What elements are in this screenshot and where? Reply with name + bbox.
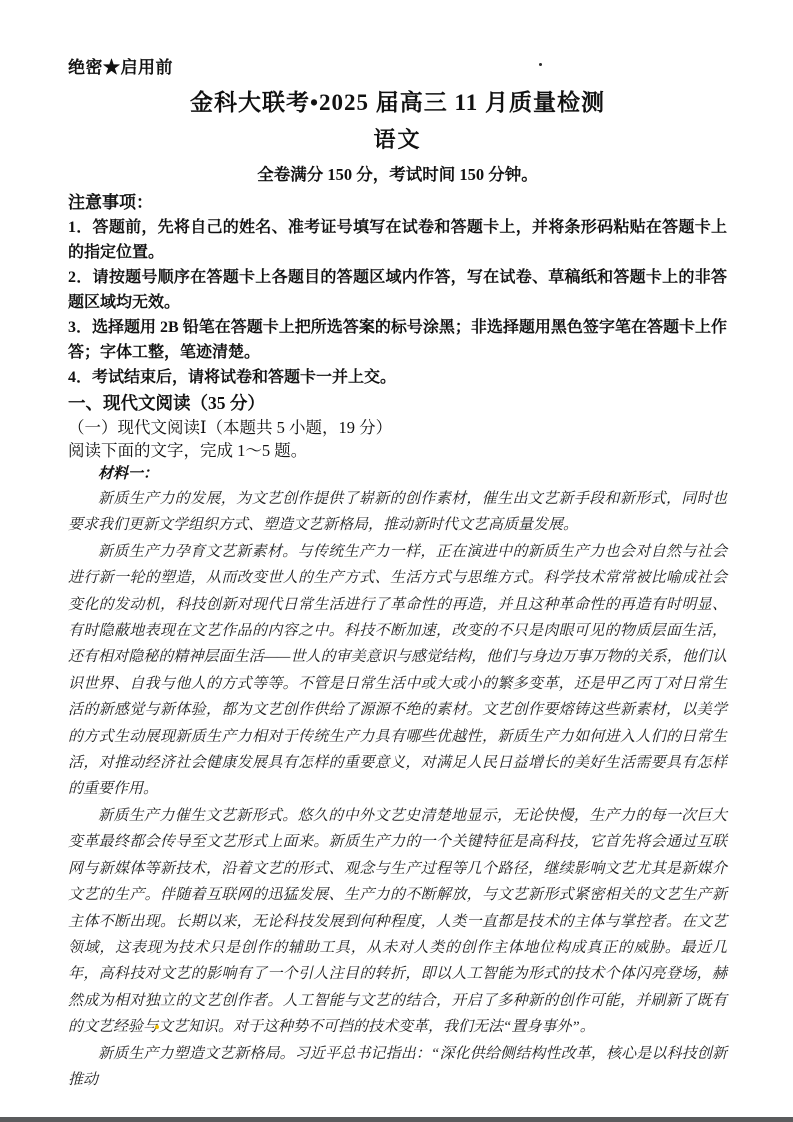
subject-title: 语文 bbox=[68, 126, 727, 154]
exam-info-line: 全卷满分 150 分，考试时间 150 分钟。 bbox=[68, 164, 727, 186]
material-paragraph: 新质生产力塑造文艺新格局。习近平总书记指出：“深化供给侧结构性改革，核心是以科技… bbox=[68, 1041, 727, 1094]
classification-label: 绝密★启用前 bbox=[68, 58, 727, 78]
notice-item-1: 1．答题前，先将自己的姓名、准考证号填写在试卷和答题卡上，并将条形码粘贴在答题卡… bbox=[68, 215, 727, 265]
subsection-heading: （一）现代文阅读Ⅰ（本题共 5 小题，19 分） bbox=[68, 416, 727, 439]
material-one-label: 材料一： bbox=[68, 462, 727, 486]
reading-instruction: 阅读下面的文字，完成 1～5 题。 bbox=[68, 439, 727, 462]
notice-item-3: 3．选择题用 2B 铅笔在答题卡上把所选答案的标号涂黑；非选择题用黑色签字笔在答… bbox=[68, 315, 727, 365]
notices-section: 注意事项： 1．答题前，先将自己的姓名、准考证号填写在试卷和答题卡上，并将条形码… bbox=[68, 190, 727, 390]
notice-item-2: 2．请按题号顺序在答题卡上各题目的答题区域内作答，写在试卷、草稿纸和答题卡上的非… bbox=[68, 265, 727, 315]
notice-item-4: 4．考试结束后，请将试卷和答题卡一并上交。 bbox=[68, 365, 727, 390]
section-heading: 一、现代文阅读（35 分） bbox=[68, 390, 727, 416]
reading-section: 一、现代文阅读（35 分） （一）现代文阅读Ⅰ（本题共 5 小题，19 分） 阅… bbox=[68, 390, 727, 1093]
material-paragraph: 新质生产力催生文艺新形式。悠久的中外文艺史清楚地显示，无论快慢，生产力的每一次巨… bbox=[68, 803, 727, 1041]
exam-title: 金科大联考•2025 届高三 11 月质量检测 bbox=[68, 88, 727, 118]
exam-paper-page: 绝密★启用前 金科大联考•2025 届高三 11 月质量检测 语文 全卷满分 1… bbox=[0, 0, 793, 1122]
scan-speck-artifact bbox=[539, 63, 542, 66]
notices-heading: 注意事项： bbox=[68, 190, 727, 215]
page-content: 绝密★启用前 金科大联考•2025 届高三 11 月质量检测 语文 全卷满分 1… bbox=[0, 58, 793, 1093]
page-bottom-scan-edge bbox=[0, 1117, 793, 1122]
scan-yellow-dot-artifact bbox=[155, 1025, 159, 1029]
material-paragraph: 新质生产力孕育文艺新素材。与传统生产力一样，正在演进中的新质生产力也会对自然与社… bbox=[68, 539, 727, 803]
material-paragraph: 新质生产力的发展，为文艺创作提供了崭新的创作素材，催生出文艺新手段和新形式，同时… bbox=[68, 486, 727, 539]
